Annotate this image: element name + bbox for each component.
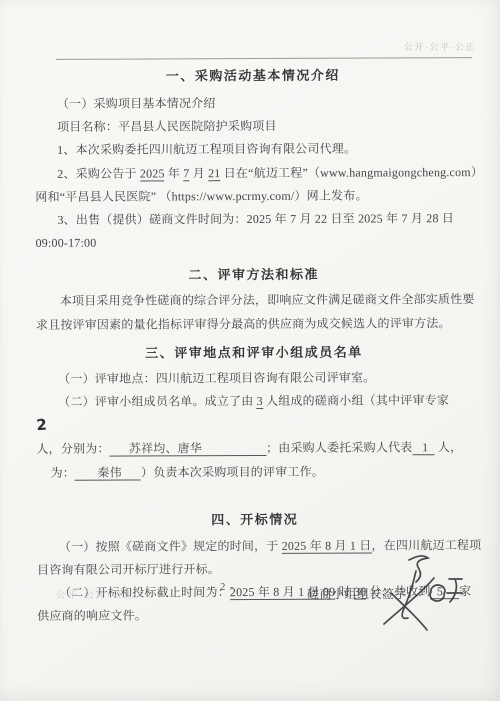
text-segment: 人，分别为： [36,442,109,456]
text-segment: 日在“航迈工程”（www.hangmaigongcheng.com） [220,165,483,180]
handwritten-signature-icon [372,551,468,635]
filled-blank: 苏祥均、唐华 [110,441,266,457]
document-body: 一、采购活动基本情况介绍（一）采购项目基本情况介绍项目名称：平昌县人民医院陪护采… [35,61,473,629]
text-segment: 网和“平昌县人民医院” （https://www.pcrmy.com/）网上发布… [35,188,367,203]
page-number: - 2 - [212,582,235,593]
text-segment: ）负责本次采购项目的评审工作。 [141,464,324,479]
filled-blank: 2025 [140,166,165,181]
text-segment: 目咨询有限公司开标厅进行开标。 [37,562,220,577]
text-segment: 本项目采用竞争性磋商的综合评分法，即响应文件满足磋商文件全部实质性要 [60,292,475,308]
text-segment: （一）采购项目基本情况介绍 [57,96,216,111]
text-line: 2、采购公告于 2025 年 7 月 21 日在“航迈工程”（www.hangm… [35,161,471,186]
text-line: 为： 秦伟 ）负责本次采购项目的评审工作。 [37,460,473,485]
text-segment: 月 [189,166,208,180]
text-line: 项目名称：平昌县人民医院陪护采购项目 [35,114,471,139]
filled-blank: 秦伟 [75,465,141,480]
text-line: 3、出售（提供）磋商文件时间为：2025 年 7 月 22 日至 2025 年 … [35,207,471,232]
text-line: （二）评审小组成员名单。成立了由 3 人组成的磋商小组（其中评审专家 [36,389,472,414]
footer-watermark: 公平·公开·公正 [56,587,135,601]
section-title: 三、评审地点和评审小组成员名单 [36,340,472,366]
text-line: 求且按评审因素的量化指标评审得分最高的供应商为成交候选人的评审方法。 [36,312,472,337]
filled-blank: 21 [208,166,220,181]
text-segment: 供应商的响应文件。 [37,609,147,623]
header-rule [56,57,472,60]
text-line: （一）采购项目基本情况介绍 [35,91,471,116]
section-title: 二、评审方法和标准 [36,262,472,288]
text-line: 1、本次采购委托四川航迈工程项目咨询有限公司代理。 [35,137,471,162]
text-line: 09:00-17:00 [36,230,472,255]
text-segment: ；由采购人委托采购人代表 [266,441,412,456]
section-title: 一、采购活动基本情况介绍 [35,63,471,89]
text-segment: 2 [36,414,48,438]
text-segment: （一）按照《磋商文件》规定的时间，于 [59,539,282,554]
text-segment: 年 [165,166,184,180]
text-line: 网和“平昌县人民医院” （https://www.pcrmy.com/）网上发布… [35,184,471,209]
section: 一、采购活动基本情况介绍（一）采购项目基本情况介绍项目名称：平昌县人民医院陪护采… [35,63,472,255]
header-watermark: 公开·公平·公正 [404,40,476,53]
text-segment: 人组成的磋商小组（其中评审专家 [263,393,449,408]
text-line: 本项目采用竞争性磋商的综合评分法，即响应文件满足磋商文件全部实质性要 [36,288,472,313]
text-segment: 人， [435,441,463,455]
text-segment: 09:00-17:00 [36,236,97,250]
text-segment: 2、采购公告于 [57,166,140,180]
filled-blank: 2025 年 8 月 1 日 [282,538,372,553]
text-segment: 3、出售（提供）磋商文件时间为：2025 年 7 月 22 日至 2025 年 … [57,211,454,227]
text-line: 2人，分别为： 苏祥均、唐华 ；由采购人委托采购人代表 1 人， [36,412,472,461]
text-line: （一）评审地点：四川航迈工程项目咨询有限公司评审室。 [36,366,472,391]
text-segment: 1、本次采购委托四川航迈工程项目咨询有限公司代理。 [57,142,356,157]
text-segment: （二）评审小组成员名单。成立了由 [58,394,256,409]
section: 二、评审方法和标准本项目采用竞争性磋商的综合评分法，即响应文件满足磋商文件全部实… [36,262,472,336]
filled-blank: 1 [412,441,434,456]
text-segment: 为： [51,465,75,479]
section-title: 四、开标情况 [37,507,473,533]
text-segment: 求且按评审因素的量化指标评审得分最高的供应商为成交候选人的评审方法。 [36,316,451,332]
text-segment: （一）评审地点：四川航迈工程项目咨询有限公司评审室。 [58,370,375,385]
section: 三、评审地点和评审小组成员名单（一）评审地点：四川航迈工程项目咨询有限公司评审室… [36,340,473,485]
scanned-document-page: 公开·公平·公正 一、采购活动基本情况介绍（一）采购项目基本情况介绍项目名称：平… [0,0,500,701]
text-segment: 项目名称：平昌县人民医院陪护采购项目 [57,119,277,134]
